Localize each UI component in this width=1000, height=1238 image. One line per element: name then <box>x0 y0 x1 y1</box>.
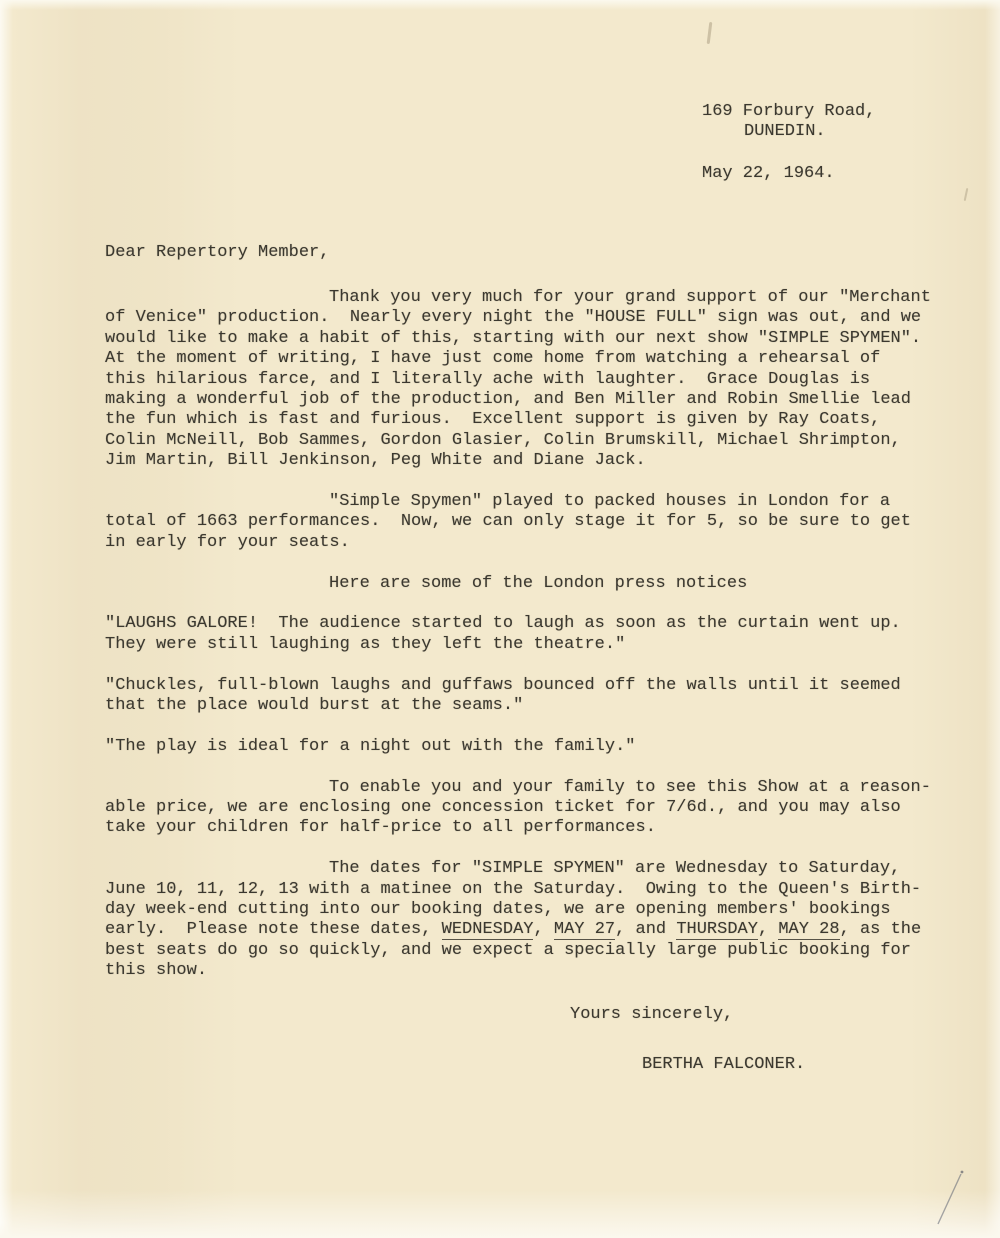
stray-ink-mark-top <box>707 22 713 44</box>
paragraph-london-run: "Simple Spymen" played to packed houses … <box>105 492 950 553</box>
letter-page: 169 Forbury Road, DUNEDIN. May 22, 1964.… <box>0 0 1000 1238</box>
salutation: Dear Repertory Member, <box>105 243 329 263</box>
closing: Yours sincerely, <box>570 1005 950 1025</box>
press-notices-heading: Here are some of the London press notice… <box>105 574 950 594</box>
stray-ink-mark-right <box>964 188 969 201</box>
sender-address-line1: 169 Forbury Road, <box>702 102 875 122</box>
letter-body: Thank you very much for your grand suppo… <box>105 288 950 1076</box>
signature: BERTHA FALCONER. <box>642 1055 950 1075</box>
sender-address: 169 Forbury Road, DUNEDIN. <box>702 102 875 143</box>
press-notice-laughs-galore: "LAUGHS GALORE! The audience started to … <box>105 614 950 655</box>
pen-stroke-bottom-right <box>930 1168 970 1235</box>
paragraph-concession-ticket: To enable you and your family to see thi… <box>105 778 950 839</box>
sender-address-line2: DUNEDIN. <box>744 122 875 142</box>
press-notice-family: "The play is ideal for a night out with … <box>105 737 950 757</box>
letter-date: May 22, 1964. <box>702 164 835 184</box>
paragraph-booking-dates: The dates for "SIMPLE SPYMEN" are Wednes… <box>105 859 950 981</box>
press-notice-chuckles: "Chuckles, full-blown laughs and guffaws… <box>105 676 950 717</box>
paragraph-merchant-of-venice: Thank you very much for your grand suppo… <box>105 288 950 472</box>
